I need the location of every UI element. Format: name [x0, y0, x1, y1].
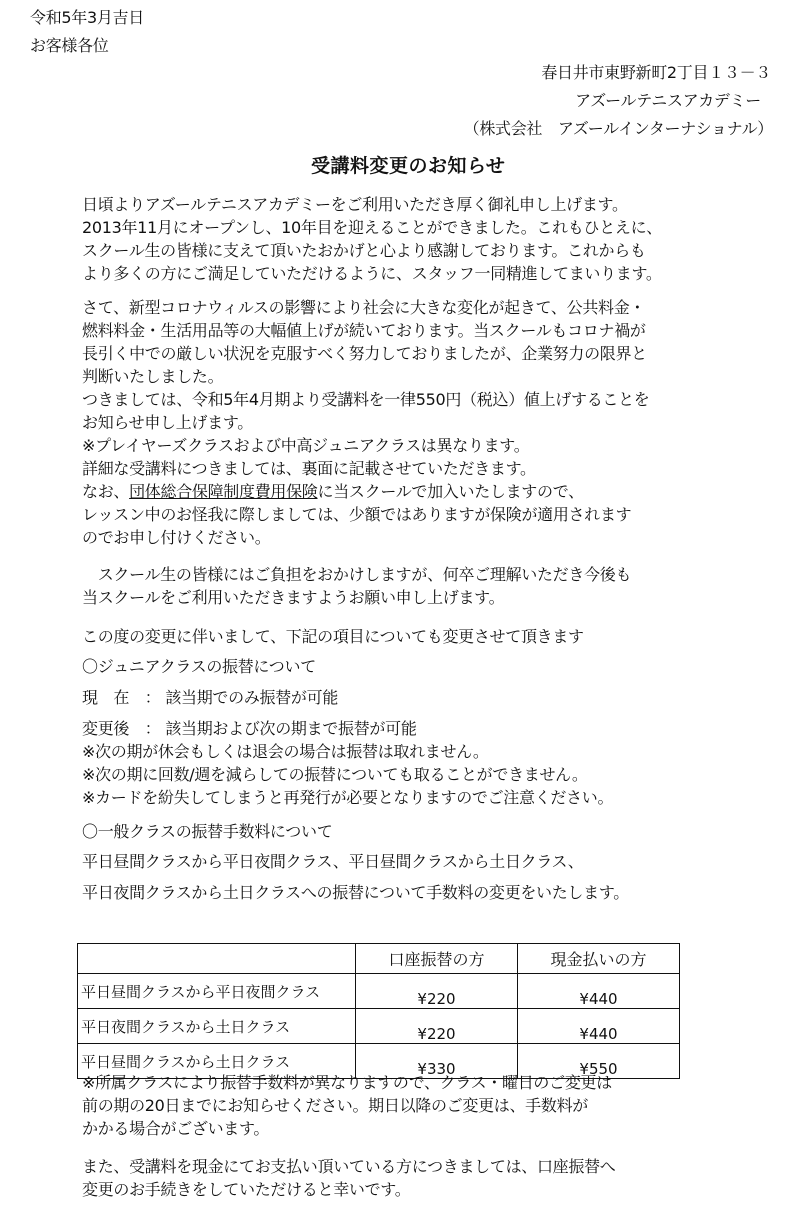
- exception-note: ※プレイヤーズクラスおよび中高ジュニアクラスは異なります。: [82, 436, 529, 456]
- table-header-cell: 口座振替の方: [356, 944, 518, 974]
- paragraph-line: レッスン中のお怪我に際しましては、少額ではありますが保険が適用されます: [82, 505, 631, 525]
- paragraph-line: 判断いたしました。: [82, 367, 223, 387]
- general-heading: 〇一般クラスの振替手数料について: [82, 822, 332, 842]
- junior-note: ※次の期が休会もしくは退会の場合は振替は取れません。: [82, 742, 489, 762]
- paragraph-line: さて、新型コロナウィルスの影響により社会に大きな変化が起きて、公共料金・: [82, 298, 645, 318]
- footer-note: かかる場合がございます。: [82, 1119, 269, 1139]
- fee-table: 口座振替の方 現金払いの方 平日昼間クラスから平日夜間クラス ¥220 ¥440…: [77, 943, 680, 1079]
- junior-current: 現 在 ： 該当期でのみ振替が可能: [82, 688, 338, 708]
- paragraph-line: お知らせ申し上げます。: [82, 413, 253, 433]
- after-label: 変更後 ：: [82, 719, 161, 738]
- junior-heading: 〇ジュニアクラスの振替について: [82, 657, 316, 677]
- footer-note: 前の期の20日までにお知らせください。期日以降のご変更は、手数料が: [82, 1096, 588, 1116]
- paragraph-line: 長引く中での厳しい状況を克服すべく努力しておりましたが、企業努力の限界と: [82, 344, 647, 364]
- table-header-cell: 現金払いの方: [518, 944, 680, 974]
- general-line: 平日夜間クラスから土日クラスへの振替について手数料の変更をいたします。: [82, 883, 629, 903]
- paragraph-line: スクール生の皆様に支えて頂いたおかげと心より感謝しております。これからも: [82, 241, 646, 261]
- sender-company: （株式会社 アズールインターナショナル）: [464, 119, 773, 139]
- general-line: 平日昼間クラスから平日夜間クラス、平日昼間クラスから土日クラス、: [82, 852, 583, 872]
- insurance-suffix: に当スクールで加入いたしますので、: [318, 482, 584, 501]
- row-label: 平日昼間クラスから平日夜間クラス: [78, 974, 356, 1009]
- junior-note: ※カードを紛失してしまうと再発行が必要となりますのでご注意ください。: [82, 788, 613, 808]
- current-value: 該当期でのみ振替が可能: [165, 688, 338, 707]
- table-header-row: 口座振替の方 現金払いの方: [78, 944, 680, 974]
- closing-line: また、受講料を現金にてお支払い頂いている方につきましては、口座振替へ: [82, 1157, 615, 1177]
- junior-note: ※次の期に回数/週を減らしての振替についても取ることができません。: [82, 765, 588, 785]
- paragraph-line: スクール生の皆様にはご負担をおかけしますが、何卒ご理解いただき今後も: [82, 565, 631, 585]
- insurance-name: 団体総合保障制度費用保険: [129, 482, 317, 501]
- footer-note: ※所属クラスにより振替手数料が異なりますので、クラス・曜日のご変更は: [82, 1073, 612, 1093]
- table-row: 平日昼間クラスから平日夜間クラス ¥220 ¥440: [78, 974, 680, 1009]
- table-row: 平日夜間クラスから土日クラス ¥220 ¥440: [78, 1009, 680, 1044]
- paragraph-line: のでお申し付けください。: [82, 528, 270, 548]
- changes-intro: この度の変更に伴いまして、下記の項目についても変更させて頂きます: [82, 627, 584, 647]
- paragraph-line: 当スクールをご利用いただきますようお願い申し上げます。: [82, 588, 504, 608]
- paragraph-line: 日頃よりアズールテニスアカデミーをご利用いただき厚く御礼申し上げます。: [82, 195, 628, 215]
- after-value: 該当期および次の期まで振替が可能: [165, 719, 416, 738]
- junior-after: 変更後 ： 該当期および次の期まで振替が可能: [82, 719, 417, 739]
- recipient: お客様各位: [30, 36, 109, 56]
- paragraph-line: より多くの方にご満足していただけるように、スタッフ一同精進してまいります。: [82, 264, 662, 284]
- paragraph-line: 2013年11月にオープンし、10年目を迎えることができました。これもひとえに、: [82, 218, 662, 238]
- current-label: 現 在 ：: [82, 688, 161, 707]
- sender-address: 春日井市東野新町2丁目１３－３: [541, 63, 771, 83]
- bank-fee: ¥220: [356, 1009, 518, 1044]
- sender-name: アズールテニスアカデミー: [575, 91, 761, 111]
- paragraph-line: 詳細な受講料につきましては、裏面に記載させていただきます。: [82, 459, 536, 479]
- cash-fee: ¥440: [518, 1009, 680, 1044]
- paragraph-line: つきましては、令和5年4月期より受講料を一律550円（税込）値上げすることを: [82, 390, 650, 410]
- issue-date: 令和5年3月吉日: [30, 8, 144, 28]
- paragraph-line: 燃料料金・生活用品等の大幅値上げが続いております。当スクールもコロナ禍が: [82, 321, 646, 341]
- insurance-line: なお、団体総合保障制度費用保険に当スクールで加入いたしますので、: [82, 482, 584, 502]
- insurance-prefix: なお、: [82, 482, 129, 501]
- bank-fee: ¥220: [356, 974, 518, 1009]
- document-title: 受講料変更のお知らせ: [311, 156, 505, 176]
- cash-fee: ¥440: [518, 974, 680, 1009]
- row-label: 平日夜間クラスから土日クラス: [78, 1009, 356, 1044]
- table-header-cell: [78, 944, 356, 974]
- closing-line: 変更のお手続きをしていただけると幸いです。: [82, 1180, 410, 1200]
